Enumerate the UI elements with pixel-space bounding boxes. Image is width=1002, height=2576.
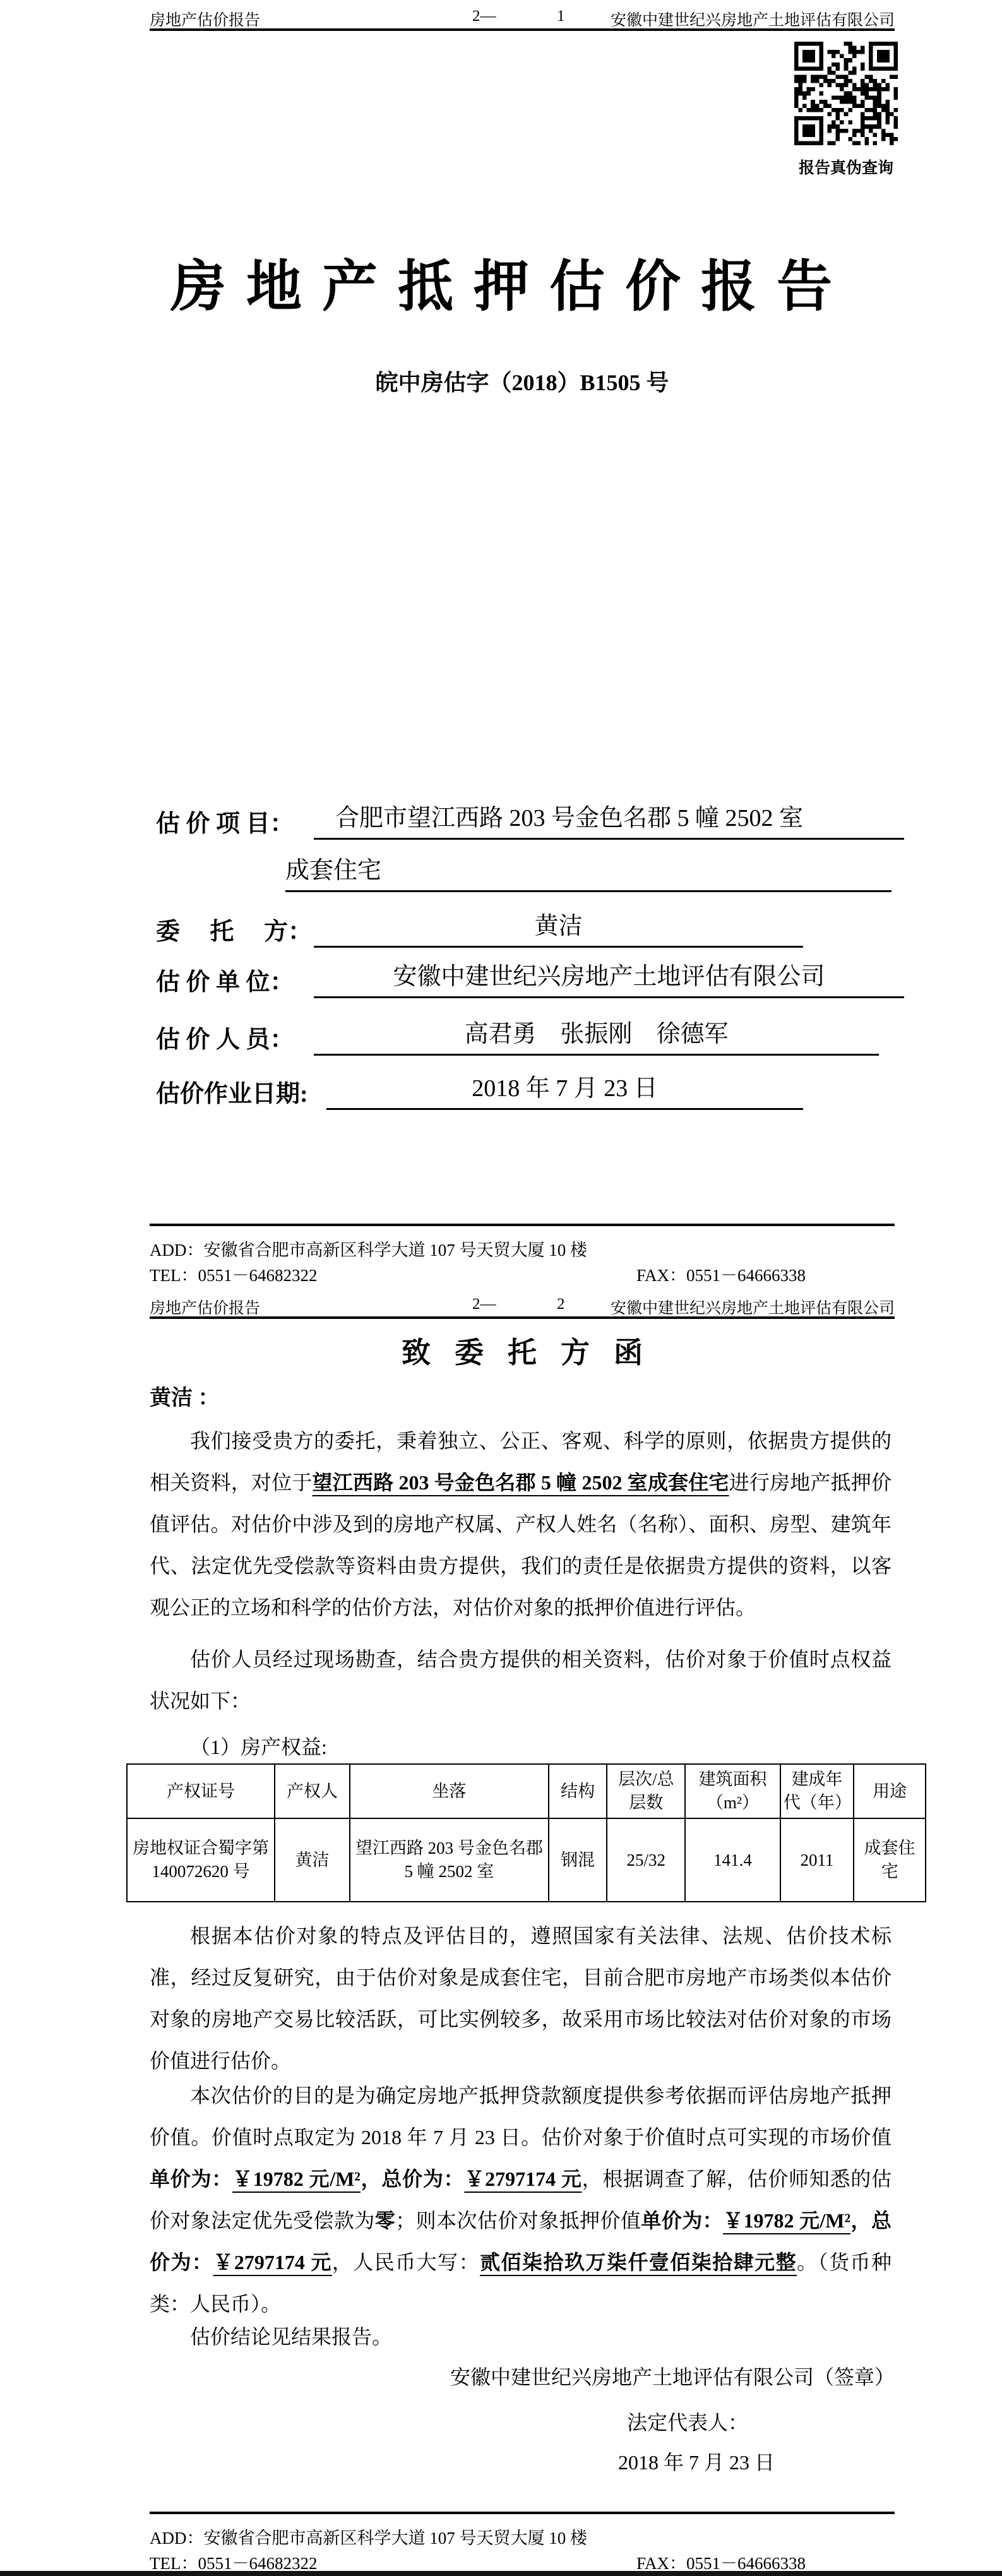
report-document-number: 皖中房估字（2018）B1505 号 <box>150 365 895 397</box>
text-segment: 估价人员经过现场勘查，结合贵方提供的相关资料，估价对象于价值时点权益状况如下： <box>150 1648 892 1712</box>
paragraph-conclusion-note: 估价结论见结果报告。 <box>150 2316 892 2358</box>
letter-title: 致委托方函 <box>150 1330 895 1371</box>
text-segment: 本次估价的目的是为确定房地产抵押贷款额度提供参考依据而评估房地产抵押价值。价值时… <box>150 2084 892 2149</box>
footer-address: ADD：安徽省合肥市高新区科学大道 107 号天贸大厦 10 楼 <box>150 2524 587 2549</box>
field-appraisal-date: 估价作业日期: 2018 年 7 月 23 日 <box>0 1073 1002 1110</box>
text-segment: 单价为： <box>641 2209 723 2232</box>
table-cell: 141.4 <box>685 1818 780 1902</box>
text-segment: ￥2797174 元 <box>213 2251 331 2274</box>
page-2: 房地产估价报告 2— 2 安徽中建世纪兴房地产土地评估有限公司 致委托方函 黄洁… <box>0 1288 1002 2576</box>
table-row: 房地权证合蜀字第 140072620 号黄洁望江西路 203 号金色名郡 5 幢… <box>127 1818 926 1902</box>
qr-caption: 报告真伪查询 <box>775 155 917 178</box>
table-header-cell: 建筑面积（m²） <box>685 1764 780 1818</box>
field-appraisers: 估 价 人 员： 高君勇 张振刚 徐德军 <box>0 1019 1002 1056</box>
field-value-underlined: 安徽中建世纪兴房地产土地评估有限公司 <box>314 960 904 998</box>
text-segment: （1）房产权益: <box>190 1736 327 1758</box>
field-appraisal-project: 估 价 项 目： 合肥市望江西路 203 号金色名郡 5 幢 2502 室 <box>0 803 1002 840</box>
text-segment: ， <box>850 2209 871 2232</box>
table-cell: 钢混 <box>549 1818 607 1902</box>
signature-legal-representative: 法定代表人： <box>627 2407 748 2436</box>
table-cell: 25/32 <box>607 1818 685 1902</box>
text-segment: 总价为： <box>381 2168 464 2190</box>
letter-greeting: 黄洁 ： <box>150 1380 220 1411</box>
running-header-company: 安徽中建世纪兴房地产土地评估有限公司 <box>611 8 895 30</box>
report-verification-qr-code <box>794 42 898 145</box>
paragraph-survey: 估价人员经过现场勘查，结合贵方提供的相关资料，估价对象于价值时点权益状况如下： <box>150 1638 892 1722</box>
text-segment: ￥19782 元/M² <box>232 2168 361 2190</box>
footer-address: ADD：安徽省合肥市高新区科学大道 107 号天贸大厦 10 楼 <box>150 1236 587 1261</box>
field-appraisal-agency: 估 价 单 位： 安徽中建世纪兴房地产土地评估有限公司 <box>0 962 1002 998</box>
table-cell: 2011 <box>780 1818 854 1902</box>
field-client: 委 托 方： 黄洁 <box>0 911 1002 948</box>
paragraph-method: 根据本估价对象的特点及评估目的，遵照国家有关法律、法规、估价技术标准，经过反复研… <box>150 1915 892 2082</box>
report-title: 房地产抵押估价报告 <box>129 258 874 319</box>
table-cell: 望江西路 203 号金色名郡 5 幢 2502 室 <box>350 1818 549 1902</box>
page-1: 房地产估价报告 2— 1 安徽中建世纪兴房地产土地评估有限公司 报告真伪查询 房… <box>0 0 1002 1288</box>
field-value-underlined: 成套住宅 <box>285 854 892 892</box>
field-label: 估 价 项 目： <box>156 804 294 838</box>
field-label: 估 价 单 位： <box>156 962 294 997</box>
subitem-property-rights: （1）房产权益: <box>150 1726 892 1768</box>
field-label: 委 托 方： <box>156 912 312 946</box>
field-appraisal-project-line2: 成套住宅 <box>0 856 1002 892</box>
field-label: 估 价 人 员： <box>156 1020 294 1054</box>
text-segment: 估价结论见结果报告。 <box>190 2325 392 2348</box>
paragraph-commission: 我们接受贵方的委托，秉着独立、公正、客观、科学的原则，依据贵方提供的相关资料，对… <box>150 1420 892 1628</box>
table-cell: 成套住宅 <box>854 1818 926 1902</box>
header-rule <box>150 28 895 31</box>
footer-rule <box>150 2512 895 2514</box>
paragraph-valuation-result: 本次估价的目的是为确定房地产抵押贷款额度提供参考依据而评估房地产抵押价值。价值时… <box>150 2075 892 2325</box>
running-header-doc-type: 房地产估价报告 <box>150 8 260 30</box>
signature-date: 2018 年 7 月 23 日 <box>618 2447 775 2476</box>
text-segment: ，人民币大写： <box>332 2251 480 2274</box>
table-header-cell: 坐落 <box>350 1764 549 1818</box>
field-value-underlined: 2018 年 7 月 23 日 <box>326 1071 803 1110</box>
table-header-cell: 建成年代（年） <box>780 1764 854 1818</box>
document: 房地产估价报告 2— 1 安徽中建世纪兴房地产土地评估有限公司 报告真伪查询 房… <box>0 0 1002 2576</box>
table-cell: 房地权证合蜀字第 140072620 号 <box>127 1818 275 1902</box>
field-value-underlined: 合肥市望江西路 203 号金色名郡 5 幢 2502 室 <box>314 801 904 840</box>
signature-company: 安徽中建世纪兴房地产土地评估有限公司（签章） <box>150 2361 895 2390</box>
running-header-page-number: 1 <box>557 8 565 25</box>
text-segment: ， <box>361 2168 381 2190</box>
running-header-company: 安徽中建世纪兴房地产土地评估有限公司 <box>611 1296 895 1318</box>
text-segment: ；则本次估价对象抵押价值 <box>395 2209 641 2232</box>
running-header-page-number: 2 <box>557 1296 565 1313</box>
footer-rule <box>150 1224 895 1226</box>
running-header-pages-total: 2— <box>472 8 496 25</box>
table-header-cell: 用途 <box>854 1764 926 1818</box>
field-value-underlined: 黄洁 <box>314 909 803 948</box>
text-segment: ￥2797174 元 <box>464 2168 582 2190</box>
footer-fax: FAX：0551－64666338 <box>636 1261 806 1286</box>
table-header-cell: 层次/总层数 <box>607 1764 685 1818</box>
table-header-cell: 产权人 <box>275 1764 350 1818</box>
field-value-underlined: 高君勇 张振刚 徐德军 <box>314 1017 879 1056</box>
text-segment: 望江西路 203 号金色名郡 5 幢 2502 室成套住宅 <box>313 1471 729 1494</box>
table-header-cell: 结构 <box>549 1764 607 1818</box>
field-label: 估价作业日期: <box>156 1074 308 1109</box>
text-segment: ￥19782 元/M² <box>723 2209 850 2232</box>
property-rights-table: 产权证号产权人坐落结构层次/总层数建筑面积（m²）建成年代（年）用途房地权证合蜀… <box>126 1763 926 1902</box>
text-segment: 零 <box>375 2209 395 2232</box>
scan-edge-strip <box>0 2571 1002 2576</box>
header-rule <box>150 1316 895 1319</box>
text-segment: 根据本估价对象的特点及评估目的，遵照国家有关法律、法规、估价技术标准，经过反复研… <box>150 1924 892 2072</box>
table-header-cell: 产权证号 <box>127 1764 275 1818</box>
table-cell: 黄洁 <box>275 1818 350 1902</box>
text-segment: 贰佰柒拾玖万柒仟壹佰柒拾肆元整 <box>480 2251 797 2274</box>
text-segment: 单价为： <box>150 2168 232 2190</box>
running-header-doc-type: 房地产估价报告 <box>150 1296 260 1318</box>
footer-telephone: TEL：0551－64682322 <box>150 1261 317 1286</box>
running-header-pages-total: 2— <box>472 1296 496 1313</box>
